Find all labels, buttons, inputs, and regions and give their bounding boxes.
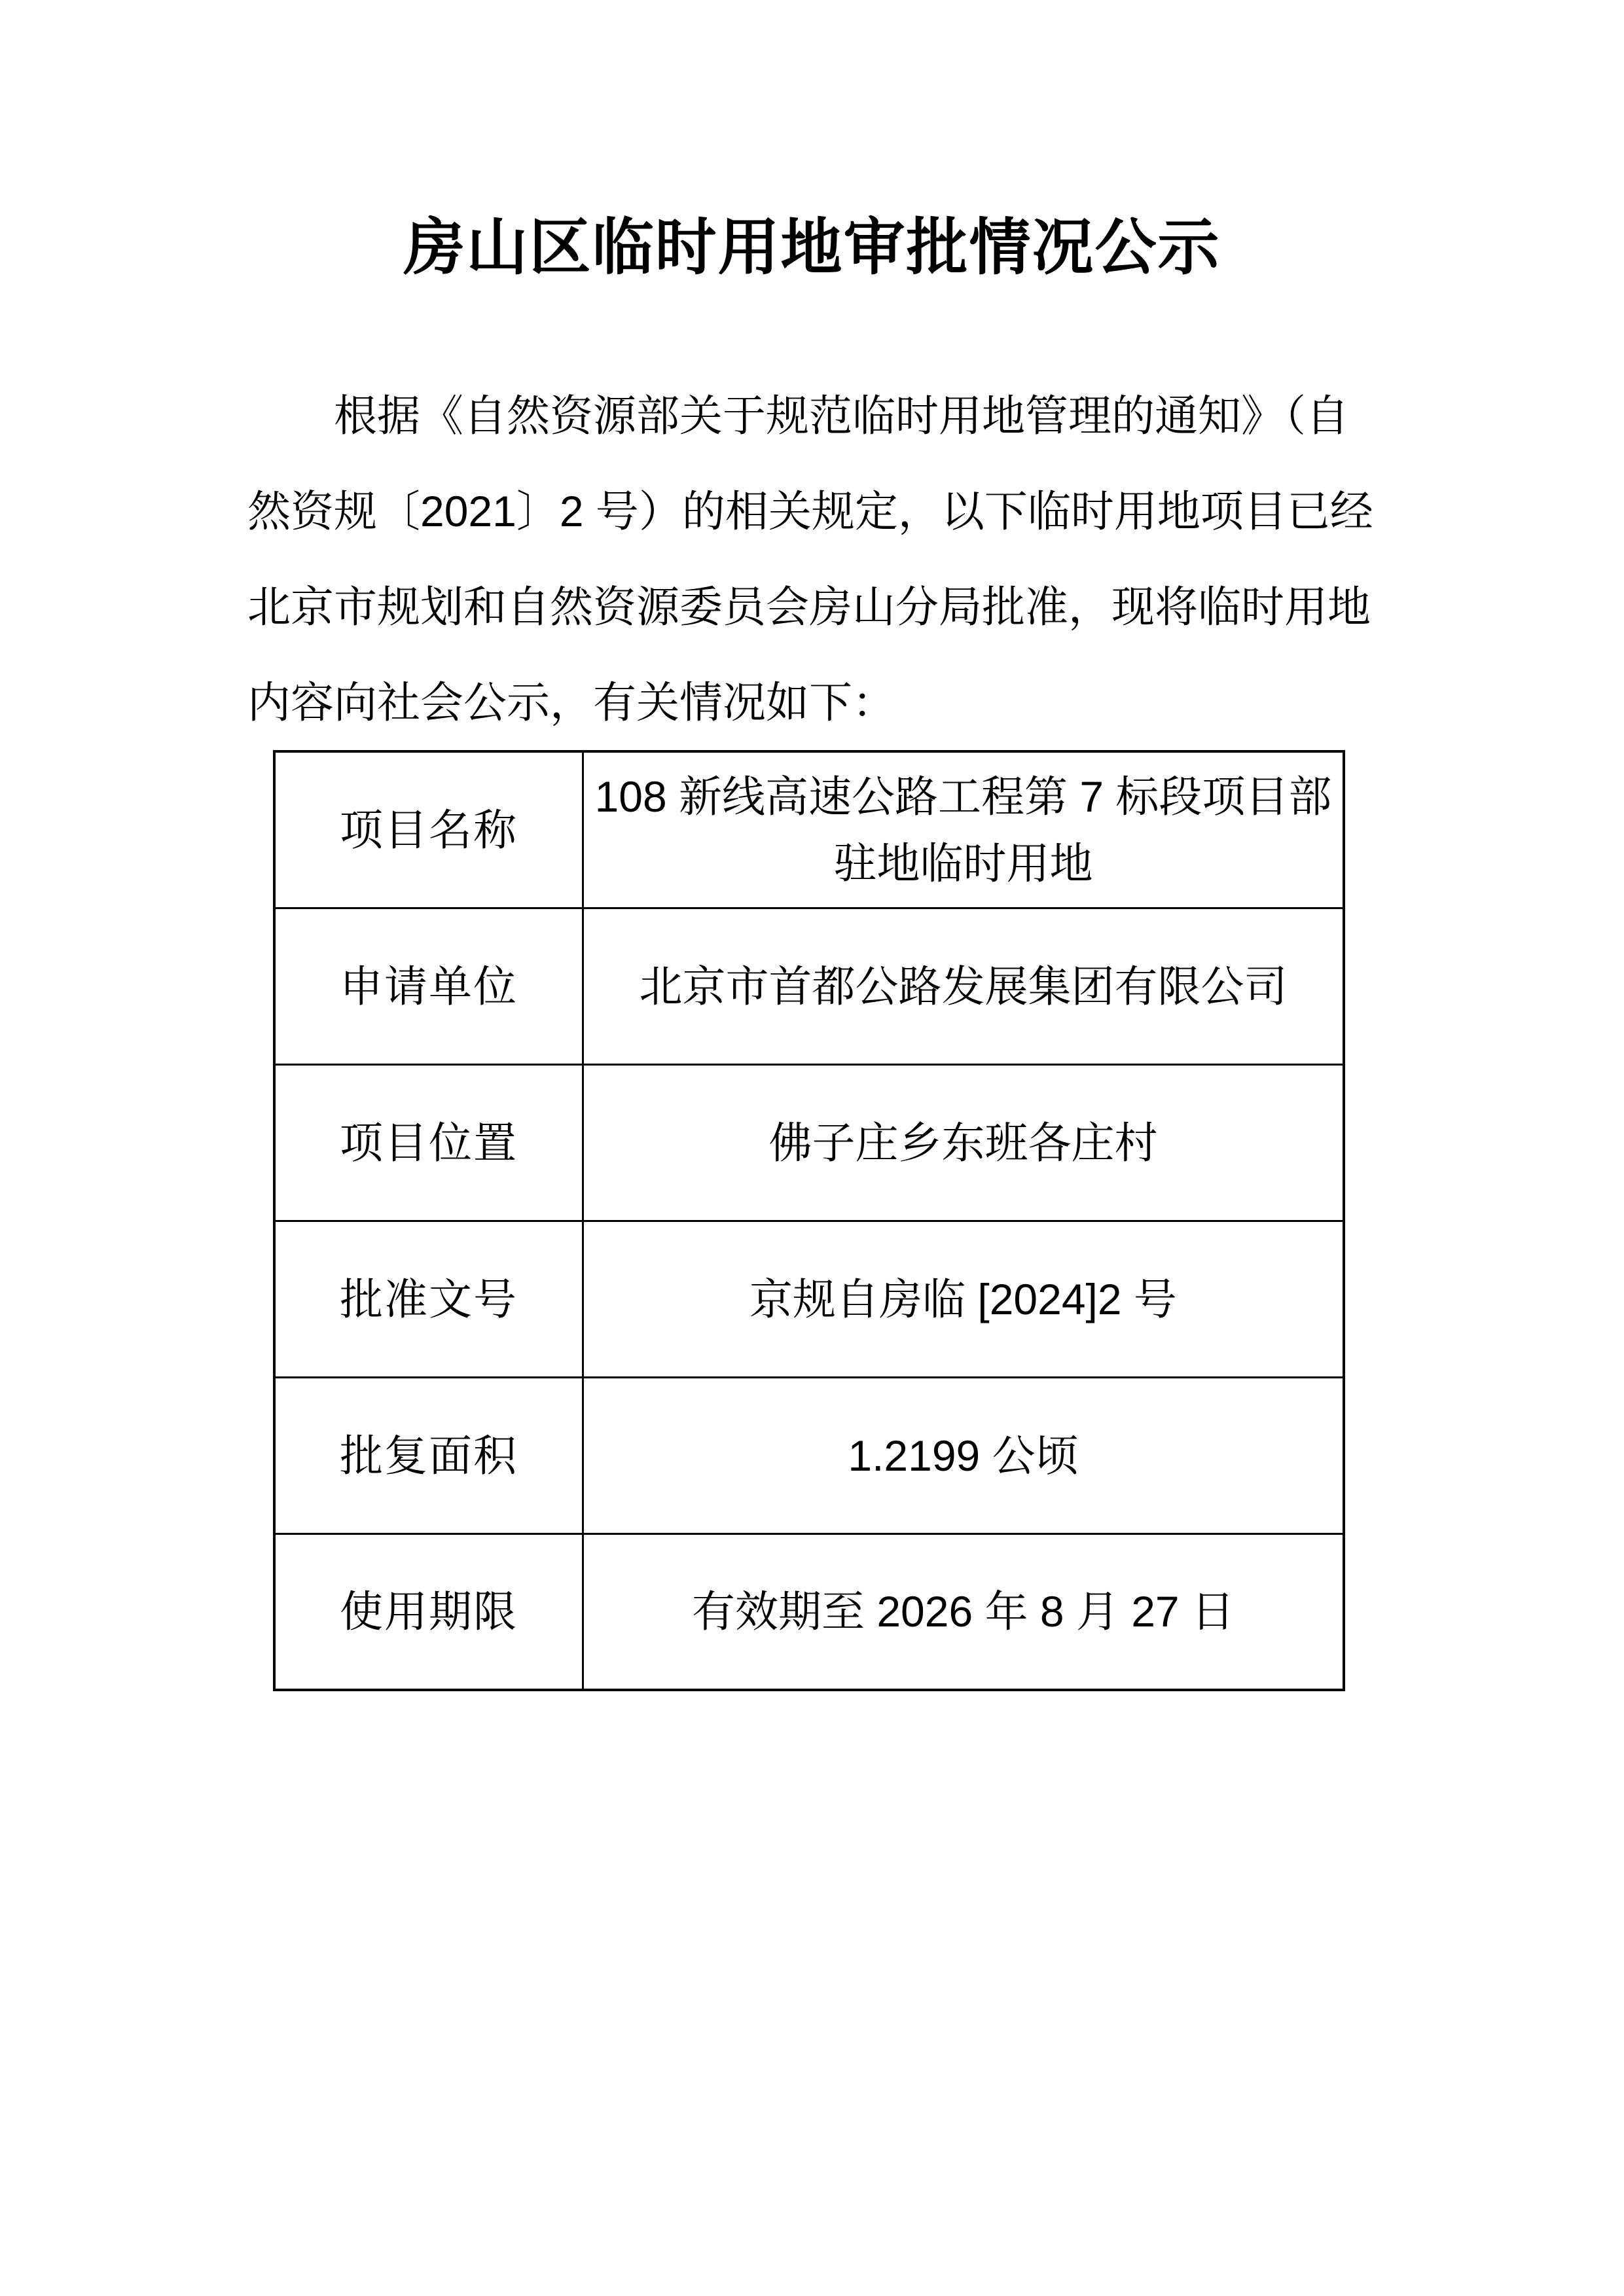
- document-title: 房山区临时用地审批情况公示: [0, 208, 1624, 287]
- row-value-location: 佛子庄乡东班各庄村: [583, 1064, 1344, 1221]
- row-value-use-period: 有效期至 2026 年 8 月 27 日: [583, 1534, 1344, 1690]
- table-row-use-period: 使用期限 有效期至 2026 年 8 月 27 日: [274, 1534, 1344, 1690]
- row-value-approved-area: 1.2199 公顷: [583, 1377, 1344, 1534]
- row-label-location: 项目位置: [274, 1064, 583, 1221]
- row-label-approval-number: 批准文号: [274, 1221, 583, 1377]
- row-value-project-name: 108 新线高速公路工程第 7 标段项目部 驻地临时用地: [583, 751, 1344, 908]
- intro-paragraph: 根据《自然资源部关于规范临时用地管理的通知》（自 然资规〔2021〕2 号）的相…: [247, 368, 1377, 750]
- table-row-applicant: 申请单位 北京市首都公路发展集团有限公司: [274, 908, 1344, 1064]
- row-label-project-name: 项目名称: [274, 751, 583, 908]
- table-row-approved-area: 批复面积 1.2199 公顷: [274, 1377, 1344, 1534]
- row-value-approval-number: 京规自房临 [2024]2 号: [583, 1221, 1344, 1377]
- approval-table-body: 项目名称 108 新线高速公路工程第 7 标段项目部 驻地临时用地 申请单位 北…: [274, 751, 1344, 1690]
- row-value-applicant: 北京市首都公路发展集团有限公司: [583, 908, 1344, 1064]
- row-label-applicant: 申请单位: [274, 908, 583, 1064]
- row-label-use-period: 使用期限: [274, 1534, 583, 1690]
- table-row-approval-number: 批准文号 京规自房临 [2024]2 号: [274, 1221, 1344, 1377]
- row-label-approved-area: 批复面积: [274, 1377, 583, 1534]
- table-row-project-name: 项目名称 108 新线高速公路工程第 7 标段项目部 驻地临时用地: [274, 751, 1344, 908]
- table-row-location: 项目位置 佛子庄乡东班各庄村: [274, 1064, 1344, 1221]
- approval-table: 项目名称 108 新线高速公路工程第 7 标段项目部 驻地临时用地 申请单位 北…: [273, 750, 1345, 1691]
